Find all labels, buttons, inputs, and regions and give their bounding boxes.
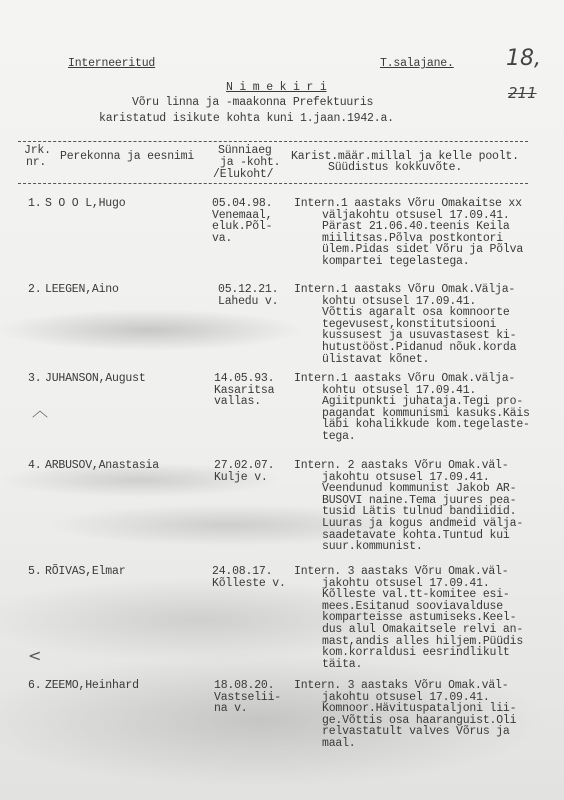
- record-verdict-line: Intern.1 aastaks Võru Omakaitse xx: [294, 198, 522, 210]
- record-verdict-line: tega.: [322, 431, 356, 443]
- record-birth-line: Kõlleste v.: [212, 578, 286, 590]
- record-birth-line: 05.04.98.: [212, 198, 272, 210]
- record-birth-line: Lahedu v.: [218, 296, 278, 308]
- document-title: N i m e k i r i: [226, 82, 327, 94]
- column-header-birth-line3: /Elukoht/: [213, 169, 273, 181]
- record-birth-line: va.: [212, 233, 232, 245]
- record-verdict-line: täita.: [322, 659, 362, 671]
- record-birth-line: 27.02.07.: [214, 460, 274, 472]
- document-subtitle-line1: Võru linna ja -maakonna Prefektuuris: [132, 97, 373, 109]
- column-header-birth-line1: Sünniaeg: [218, 145, 272, 157]
- secrecy-label: T.salajane.: [380, 58, 454, 70]
- record-verdict-line: Intern. 3 aastaks Võru Omak.väl-: [294, 566, 508, 578]
- column-header-nr-line1: Jrk.: [24, 145, 51, 157]
- record-number: 1.: [28, 198, 41, 210]
- record-verdict-line: Intern. 2 aastaks Võru Omak.väl-: [294, 460, 508, 472]
- record-name: LEEGEN,Aino: [45, 284, 119, 296]
- header-divider-bottom: [18, 183, 528, 184]
- record-number: 6.: [28, 680, 41, 692]
- record-birth-line: Kulje v.: [214, 472, 268, 484]
- record-verdict-line: ülistavat kõnet.: [322, 354, 429, 366]
- record-number: 5.: [28, 566, 41, 578]
- pencil-caret-mark: ︿: [32, 398, 48, 421]
- column-header-nr-line2: nr.: [26, 157, 46, 169]
- record-birth-line: 14.05.93.: [214, 373, 274, 385]
- record-name: ZEEMO,Heinhard: [45, 680, 139, 692]
- header-divider-top: [18, 141, 528, 142]
- record-name: JUHANSON,August: [45, 373, 146, 385]
- pencil-tick-mark: <: [28, 646, 41, 665]
- record-birth-line: vallas.: [214, 396, 261, 408]
- handwritten-page-number: 18,: [506, 46, 541, 71]
- record-birth-line: 05.12.21.: [218, 284, 278, 296]
- classification-left-label: Interneeritud: [68, 58, 155, 70]
- record-verdict-line: Intern. 3 aastaks Võru Omak.väl-: [294, 680, 508, 692]
- record-birth-line: 18.08.20.: [214, 680, 274, 692]
- document-subtitle-line2: karistatud isikute kohta kuni 1.jaan.194…: [99, 113, 394, 125]
- record-verdict-line: dus alul Omakaitsele relvi an-: [322, 624, 523, 636]
- record-verdict-line: kompartei tegelastega.: [322, 256, 469, 268]
- record-number: 2.: [28, 284, 41, 296]
- record-verdict-line: maal.: [322, 738, 356, 750]
- record-number: 4.: [28, 460, 41, 472]
- record-name: S O O L,Hugo: [45, 198, 125, 210]
- record-verdict-line: suur.kommunist.: [322, 541, 423, 553]
- handwritten-archive-number: 211: [508, 84, 537, 102]
- column-header-name: Perekonna ja eesnimi: [60, 151, 194, 163]
- record-verdict-line: Luuras ja kogus andmeid välja-: [322, 518, 523, 530]
- column-header-birth-line2: ja -koht.: [220, 157, 280, 169]
- record-birth-line: na v.: [214, 703, 248, 715]
- record-verdict-line: Intern.1 aastaks Võru Omak.välja-: [294, 373, 515, 385]
- record-birth-line: 24.08.17.: [212, 566, 272, 578]
- record-number: 3.: [28, 373, 41, 385]
- scanned-document-page: Interneeritud T.salajane. 18, 211 N i m …: [0, 0, 564, 800]
- column-header-verdict-line2: Süüdistus kokkuvõte.: [328, 162, 462, 174]
- record-verdict-line: hutustööst.Pidanud nõuk.korda: [322, 342, 516, 354]
- record-verdict-line: Intern.1 aastaks Võru Omak.Välja-: [294, 284, 515, 296]
- record-name: RÕIVAS,Elmar: [45, 566, 125, 578]
- record-name: ARBUSOV,Anastasia: [45, 460, 159, 472]
